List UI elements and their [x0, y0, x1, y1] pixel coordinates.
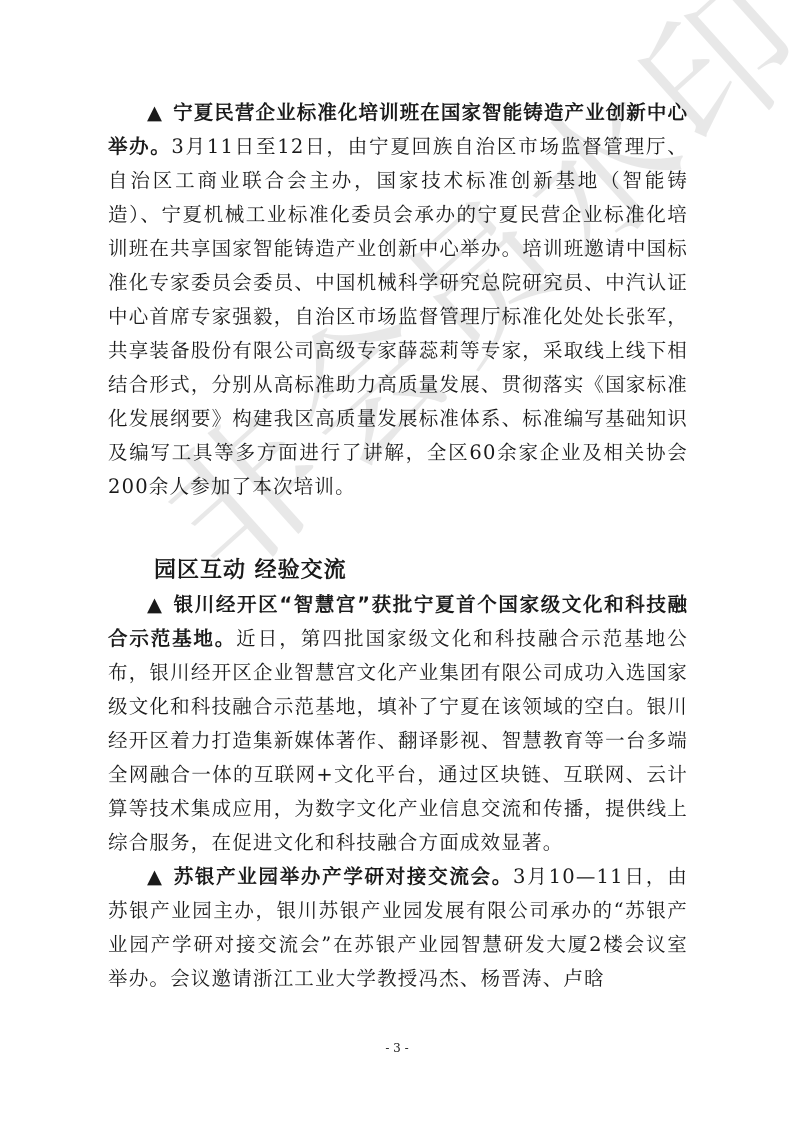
article-ningxia-training: ▲宁夏民营企业标准化培训班在国家智能铸造产业创新中心举办。3月11日至12日，由…: [108, 96, 688, 504]
article-suyin-park: ▲苏银产业园举办产学研对接交流会。3月10—11日，由苏银产业园主办，银川苏银产…: [108, 860, 688, 996]
article-body: 3月11日至12日，由宁夏回族自治区市场监督管理厅、自治区工商业联合会主办，国家…: [108, 135, 688, 498]
headline-text: 苏银产业园举办产学研对接交流会。: [174, 865, 513, 888]
triangle-bullet-icon: ▲: [147, 593, 164, 616]
page-number: - 3 -: [0, 1041, 794, 1055]
triangle-bullet-icon: ▲: [147, 101, 163, 124]
article-zhihuigong: ▲银川经开区“智慧宫”获批宁夏首个国家级文化和科技融合示范基地。近日，第四批国家…: [108, 588, 688, 860]
document-page: ▲宁夏民营企业标准化培训班在国家智能铸造产业创新中心举办。3月11日至12日，由…: [108, 96, 688, 996]
article-body: 近日，第四批国家级文化和科技融合示范基地公布，银川经开区企业智慧宫文化产业集团有…: [108, 627, 688, 854]
triangle-bullet-icon: ▲: [147, 865, 164, 888]
article-headline: ▲苏银产业园举办产学研对接交流会。: [147, 865, 513, 888]
section-title: 园区互动 经验交流: [108, 554, 688, 588]
